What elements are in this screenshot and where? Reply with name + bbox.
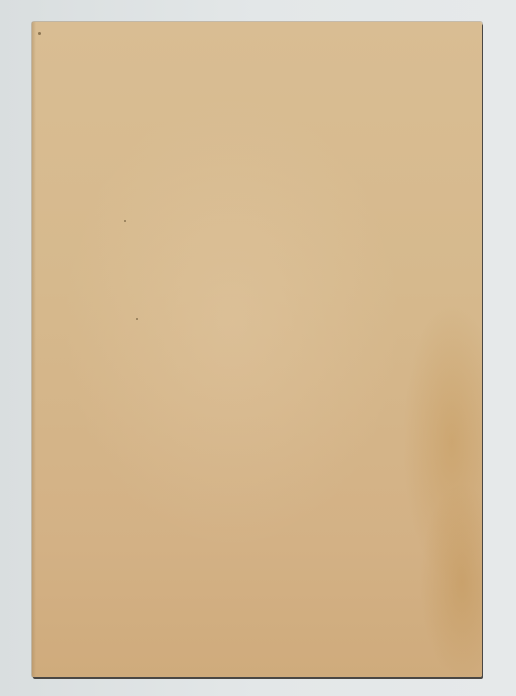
speck: [38, 32, 41, 35]
card-back: [32, 22, 482, 677]
card-left-edge: [32, 22, 36, 677]
speck: [124, 220, 126, 222]
speck: [136, 318, 138, 320]
